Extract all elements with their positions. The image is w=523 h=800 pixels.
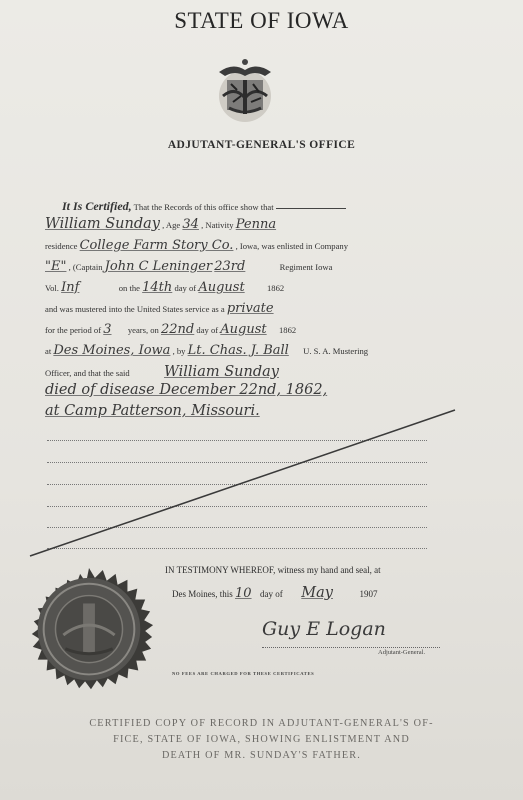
testimony-text: IN TESTIMONY WHEREOF, witness my hand an… [165, 565, 381, 575]
testimony-year: 1907 [359, 589, 377, 599]
photo-caption: CERTIFIED COPY OF RECORD IN ADJUTANT-GEN… [20, 716, 503, 764]
place-label: Des Moines, this [172, 589, 233, 599]
signature-line [262, 647, 440, 648]
certificate-page: STATE OF IOWA ADJUTANT-GENERAL'S OFFICE … [0, 0, 523, 800]
no-fees-notice: NO FEES ARE CHARGED FOR THESE CERTIFICAT… [172, 671, 314, 676]
adjutant-general-title: Adjutant-General. [378, 649, 425, 656]
testimony-month: May [301, 585, 333, 601]
day-of-label-3: day of [260, 589, 283, 599]
caption-line-3: DEATH OF MR. SUNDAY'S FATHER. [20, 748, 503, 764]
caption-line-2: FICE, STATE OF IOWA, SHOWING ENLISTMENT … [20, 732, 503, 748]
embossed-seal-icon [20, 566, 158, 704]
testimony-date-line: Des Moines, this 10 day of May 1907 [172, 585, 377, 601]
adjutant-signature: Guy E Logan [262, 618, 386, 640]
testimony-line: IN TESTIMONY WHEREOF, witness my hand an… [165, 565, 381, 575]
caption-line-1: CERTIFIED COPY OF RECORD IN ADJUTANT-GEN… [20, 716, 503, 732]
testimony-day: 10 [235, 586, 252, 601]
